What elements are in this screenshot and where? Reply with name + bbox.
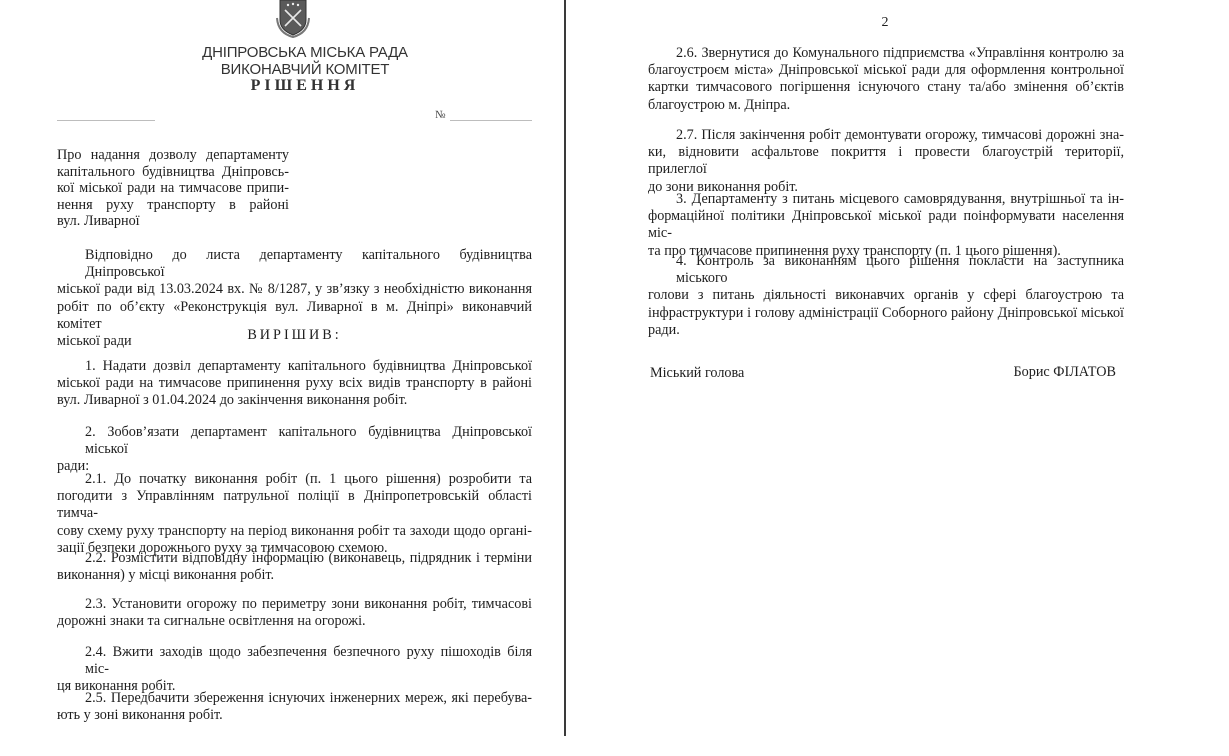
paragraph-line: картки тимчасового погіршення існуючого … xyxy=(648,79,1124,96)
subject-line: вул. Ливарної xyxy=(57,213,289,230)
paragraph-line: погодити з Управлінням патрульної поліці… xyxy=(57,488,532,522)
signatory-name: Борис ФІЛАТОВ xyxy=(1000,364,1116,381)
paragraph-line: благоустроєм міста» Дніпровської міської… xyxy=(648,62,1124,79)
number-label: № xyxy=(435,109,446,121)
subject-line: Про надання дозволу департаменту xyxy=(57,147,289,164)
paragraph-line: виконання) у місці виконання робіт. xyxy=(57,567,532,584)
item-2-6: 2.6. Звернутися до Комунального підприєм… xyxy=(648,45,1124,114)
item-2-1: 2.1. До початку виконання робіт (п. 1 ць… xyxy=(57,471,532,557)
paragraph-line: 2.6. Звернутися до Комунального підприєм… xyxy=(648,45,1124,62)
item-1: 1. Надати дозвіл департаменту капітально… xyxy=(57,358,532,410)
paragraph-line: 2.2. Розмістити відповідну інформацію (в… xyxy=(57,550,532,567)
paragraph-line: 3. Департаменту з питань місцевого самов… xyxy=(648,191,1124,208)
item-2-3: 2.3. Установити огорожу по периметру зон… xyxy=(57,596,532,630)
paragraph-line: 4. Контроль за виконанням цього рішення … xyxy=(648,253,1124,287)
page-number: 2 xyxy=(870,15,900,31)
paragraph-line: 2.1. До початку виконання робіт (п. 1 ць… xyxy=(57,471,532,488)
paragraph-line: ють у зоні виконання робіт. xyxy=(57,707,532,724)
paragraph-line: 2.4. Вжити заходів щодо забезпечення без… xyxy=(57,644,532,678)
date-blank-line xyxy=(57,120,155,121)
item-2: 2. Зобов’язати департамент капітального … xyxy=(57,424,532,476)
paragraph-line: сову схему руху транспорту на період вик… xyxy=(57,523,532,540)
paragraph-line: ки, відновити асфальтове покриття і пров… xyxy=(648,144,1124,178)
paragraph-line: 1. Надати дозвіл департаменту капітально… xyxy=(57,358,532,375)
item-2-4: 2.4. Вжити заходів щодо забезпечення без… xyxy=(57,644,532,696)
paragraph-line: 2.3. Установити огорожу по периметру зон… xyxy=(57,596,532,613)
paragraph-line: 2.5. Передбачити збереження існуючих інж… xyxy=(57,690,532,707)
item-4: 4. Контроль за виконанням цього рішення … xyxy=(648,253,1124,339)
subject-line: кої міської ради на тимчасове припи- xyxy=(57,180,289,197)
paragraph-line: Відповідно до листа департаменту капітал… xyxy=(57,247,532,281)
paragraph-line: благоустрою м. Дніпра. xyxy=(648,97,1124,114)
city-coat-of-arms-icon xyxy=(276,0,310,38)
number-blank-line xyxy=(450,120,532,121)
signatory-title: Міський голова xyxy=(650,365,744,382)
document-page-1: ДНІПРОВСЬКА МІСЬКА РАДА ВИКОНАВЧИЙ КОМІТ… xyxy=(0,0,564,756)
decision-subject: Про надання дозволу департаменту капітал… xyxy=(57,147,289,230)
paragraph-line: вул. Ливарної з 01.04.2024 до закінчення… xyxy=(57,392,532,409)
document-type-title: РІШЕННЯ xyxy=(160,77,450,95)
paragraph-line: голови з питань діяльності виконавчих ор… xyxy=(648,287,1124,304)
organization-name: ДНІПРОВСЬКА МІСЬКА РАДА xyxy=(160,44,450,61)
resolved-heading: ВИРІШИВ: xyxy=(57,327,532,344)
paragraph-line: 2. Зобов’язати департамент капітального … xyxy=(57,424,532,458)
subject-line: капітального будівництва Дніпровсь- xyxy=(57,164,289,181)
executive-committee-name: ВИКОНАВЧИЙ КОМІТЕТ xyxy=(160,61,450,78)
paragraph-line: формаційної політики Дніпровської місько… xyxy=(648,208,1124,242)
paragraph-line: міської ради від 13.03.2024 вх. № 8/1287… xyxy=(57,281,532,298)
paragraph-line: 2.7. Після закінчення робіт демонтувати … xyxy=(648,127,1124,144)
paragraph-line: ради. xyxy=(648,322,1124,339)
paragraph-line: міської ради на тимчасове припинення рух… xyxy=(57,375,532,392)
item-2-5: 2.5. Передбачити збереження існуючих інж… xyxy=(57,690,532,724)
item-2-7: 2.7. Після закінчення робіт демонтувати … xyxy=(648,127,1124,196)
paragraph-line: дорожні знаки та сигнальне освітлення на… xyxy=(57,613,532,630)
item-3: 3. Департаменту з питань місцевого самов… xyxy=(648,191,1124,260)
item-2-2: 2.2. Розмістити відповідну інформацію (в… xyxy=(57,550,532,584)
paragraph-line: інфраструктури і голову адміністрації Со… xyxy=(648,305,1124,322)
subject-line: нення руху транспорту в районі xyxy=(57,197,289,214)
